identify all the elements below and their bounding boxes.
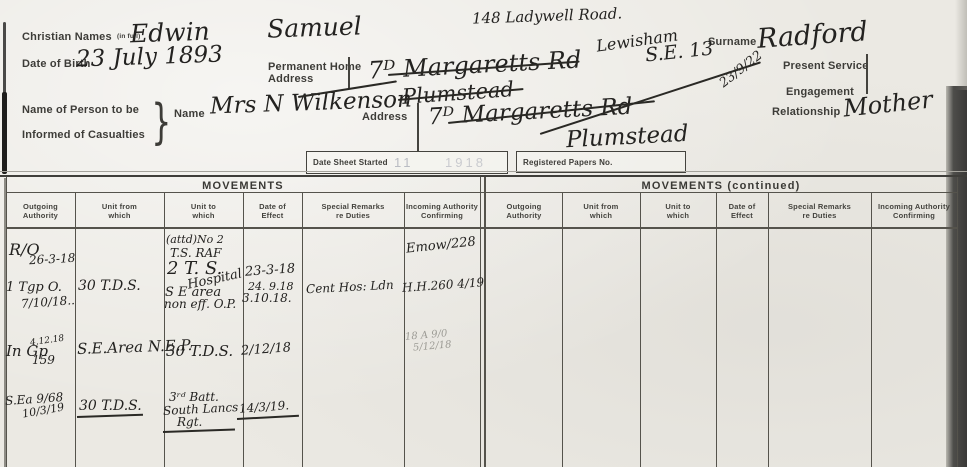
- col-unit-from: Unit fromwhich: [562, 202, 640, 221]
- column-line: [871, 192, 872, 467]
- movement-entry: 30 T.D.S.: [166, 342, 233, 360]
- relationship-label: Relationship: [772, 106, 840, 119]
- present-service-label: Present Service: [783, 60, 869, 73]
- movement-entry: 30 T.D.S.: [78, 278, 141, 294]
- movement-entry: Rgt.: [177, 415, 202, 429]
- movement-entry: 14/3/19.: [239, 398, 290, 415]
- column-line: [164, 192, 165, 467]
- column-line: [75, 192, 76, 467]
- col-incoming-authority: Incoming AuthorityConfirming: [871, 202, 957, 221]
- col-special-remarks: Special Remarksre Duties: [302, 202, 404, 221]
- movement-entry: non eff. O.P.: [164, 297, 236, 311]
- informed-address-line2: Plumstead: [565, 121, 689, 153]
- col-special-remarks: Special Remarksre Duties: [768, 202, 871, 221]
- column-line: [716, 192, 717, 467]
- person-informed-label-2: Informed of Casualties: [22, 129, 145, 142]
- permanent-home-address-label: Address: [268, 73, 313, 86]
- col-label: Unit to: [191, 202, 216, 211]
- column-line: [768, 192, 769, 467]
- christian-name-2-value: Samuel: [267, 11, 363, 43]
- binding-edge-mark: [2, 92, 7, 174]
- date-stamp: 1918: [445, 155, 486, 170]
- surname-value: Radford: [756, 16, 869, 55]
- movement-entry: 3.10.18.: [242, 291, 292, 305]
- col-label: which: [590, 211, 612, 220]
- col-unit-to: Unit towhich: [640, 202, 716, 221]
- field-brace-bar: [348, 57, 350, 89]
- movement-entry: 30 T.D.S.: [79, 398, 142, 414]
- col-label: Authority: [506, 211, 541, 220]
- person-informed-brace: }: [151, 94, 171, 150]
- movement-entry: 2/12/18: [241, 340, 292, 358]
- movement-entry: 7/10/18..: [21, 293, 76, 311]
- date-of-birth-value: 23 July 1893: [76, 41, 224, 72]
- col-label: Confirming: [893, 211, 935, 220]
- movement-entry: 1 Tgp O.: [6, 280, 62, 295]
- scan-edge-shadow: [955, 0, 967, 90]
- col-label: Effect: [261, 211, 283, 220]
- col-label: Incoming Authority: [406, 202, 478, 211]
- col-label: Unit from: [102, 202, 137, 211]
- col-label: Effect: [731, 211, 753, 220]
- movement-entry: (attd)No 2: [166, 233, 224, 246]
- field-brace-bar: [417, 103, 419, 151]
- col-label: Unit to: [665, 202, 690, 211]
- movement-entry: Cent Hos: Ldn: [306, 278, 394, 297]
- relationship-value: Mother: [842, 85, 934, 122]
- col-outgoing-authority: OutgoingAuthority: [486, 202, 562, 221]
- registered-papers-label: Registered Papers No.: [523, 158, 613, 167]
- col-label: which: [108, 211, 130, 220]
- col-label: Outgoing: [23, 202, 58, 211]
- col-unit-to: Unit towhich: [164, 202, 243, 221]
- underline-mark: [163, 428, 235, 432]
- person-informed-label-1: Name of Person to be: [22, 104, 139, 117]
- movement-entry: 23-3-18: [245, 261, 296, 279]
- col-label: which: [192, 211, 214, 220]
- movement-entry: 26-3-18: [29, 251, 76, 267]
- col-date-of-effect: Date ofEffect: [716, 202, 768, 221]
- home-address-old-line1: 7ᴰ Margaretts Rd: [367, 45, 582, 84]
- column-line: [302, 192, 303, 467]
- col-label: Incoming Authority: [878, 202, 950, 211]
- movements-title: MOVEMENTS: [6, 180, 480, 192]
- col-label: Confirming: [421, 211, 463, 220]
- movement-entry: H.H.260 4/19: [402, 275, 485, 295]
- col-label: re Duties: [803, 211, 837, 220]
- col-label: Outgoing: [507, 202, 542, 211]
- movements-continued-title: MOVEMENTS (continued): [485, 180, 957, 192]
- name-label: Name: [174, 108, 205, 121]
- table-border: [480, 177, 481, 467]
- service-record-sheet: Christian Names (in full) Date of Birth …: [0, 0, 967, 467]
- christian-names-label: Christian Names: [22, 31, 112, 44]
- column-line: [243, 192, 244, 467]
- col-label: Unit from: [583, 202, 618, 211]
- col-label: Authority: [23, 211, 58, 220]
- underline-mark: [237, 415, 299, 420]
- col-label: which: [667, 211, 689, 220]
- column-line: [640, 192, 641, 467]
- table-rule: [6, 227, 957, 229]
- col-label: Special Remarks: [321, 202, 384, 211]
- column-line: [562, 192, 563, 467]
- column-line: [404, 192, 405, 467]
- movement-entry: Emow/228: [405, 234, 476, 256]
- date-sheet-started-label: Date Sheet Started: [313, 158, 388, 167]
- col-label: re Duties: [336, 211, 370, 220]
- field-brace-bar: [866, 54, 868, 94]
- table-rule: [6, 192, 957, 193]
- movement-entry: 159: [32, 353, 55, 367]
- col-date-of-effect: Date ofEffect: [243, 202, 302, 221]
- table-rule: [0, 171, 967, 172]
- underline-mark: [77, 414, 143, 418]
- binding-edge-mark: [3, 22, 6, 94]
- col-outgoing-authority: OutgoingAuthority: [6, 202, 75, 221]
- table-border: [957, 177, 958, 467]
- movement-entry: 5/12/18: [413, 339, 452, 353]
- col-label: Special Remarks: [788, 202, 851, 211]
- col-label: Date of: [259, 202, 286, 211]
- col-incoming-authority: Incoming AuthorityConfirming: [404, 202, 480, 221]
- col-unit-from: Unit fromwhich: [75, 202, 164, 221]
- home-address-new-line1: 148 Ladywell Road.: [472, 4, 623, 27]
- surname-label: Surname: [708, 36, 756, 49]
- date-stamp: 11: [394, 155, 414, 170]
- col-label: Date of: [729, 202, 756, 211]
